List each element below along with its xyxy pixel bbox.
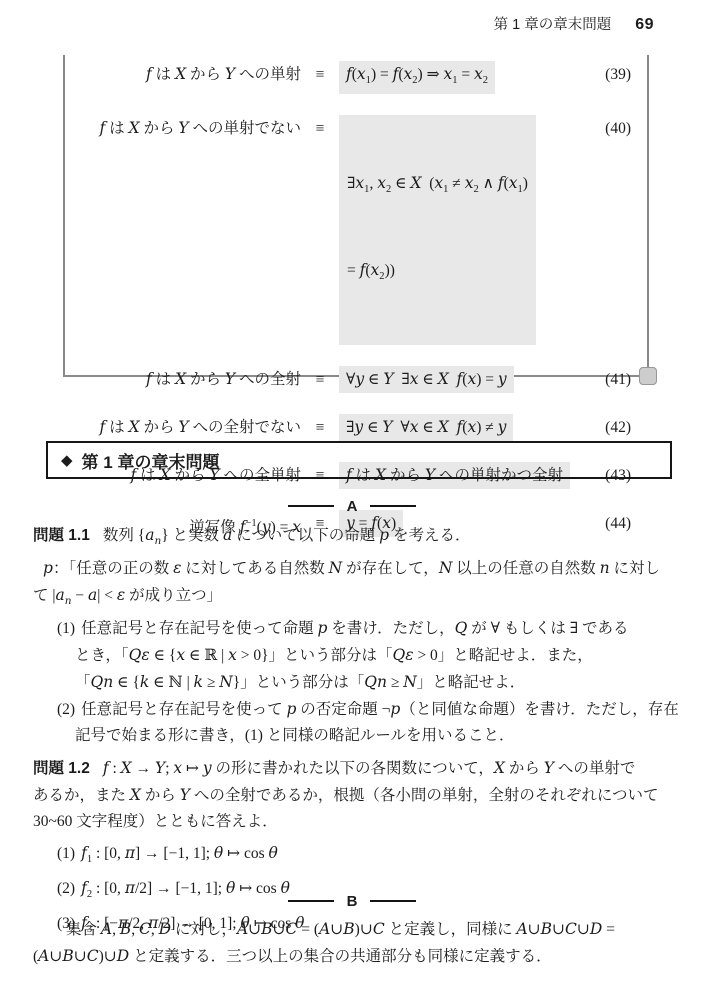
item-number: (2) — [57, 701, 75, 718]
item-number: (1) — [57, 845, 75, 862]
problem-1-1-title-line: 問題 1.1数列 {an} と実数 a について以下の命題 p を考える． — [33, 522, 678, 555]
formula-cell: ∀y ∈ Y ∃x ∈ X f(x) = y — [339, 366, 577, 393]
running-head: 第 1 章の章末問題 69 — [494, 13, 654, 34]
formula-cell: f(x1) = f(x2) ⇒ x1 = x2 — [339, 61, 577, 94]
formula-label: f は X から Y への全射 — [65, 366, 301, 393]
statement-line: p：「任意の正の数 ε に対してある自然数 N が存在して，N 以上の任意の自然… — [33, 555, 678, 582]
problem-item-line: とき，「Qε ∈ {x ∈ ℝ | x > 0}」という部分は「Qε > 0」と… — [33, 642, 678, 669]
problem-item-line: (1)任意記号と存在記号を使って命題 p を書け．ただし，Q が ∀ もしくは … — [33, 615, 678, 642]
equiv-symbol: ≡ — [301, 61, 339, 88]
divider-label: A — [347, 498, 358, 515]
text-line: (A∪B∪C)∪D と定義する．三つ以上の集合の共通部分も同様に定義する． — [33, 943, 678, 970]
problem-item-line: 「Qn ∈ {k ∈ ℕ | k ≥ N}」という部分は「Qn ≥ N」と略記せ… — [33, 669, 678, 696]
running-head-title: 第 1 章の章末問題 — [494, 13, 612, 34]
problem-1-2-title-line: 問題 1.2f : X → Y; x ↦ y の形に書かれた以下の各関数について… — [33, 755, 678, 782]
equation-number: (40) — [577, 115, 631, 142]
formula-row: f は X から Y への単射 ≡ f(x1) = f(x2) ⇒ x1 = x… — [65, 61, 647, 94]
equation-number: (41) — [577, 366, 631, 393]
heading-title: 第 1 章の章末問題 — [82, 448, 220, 473]
formula-row: f は X から Y への全射でない ≡ ∃y ∈ Y ∀x ∈ X f(x) … — [65, 414, 647, 441]
problem-item-line: (2)任意記号と存在記号を使って p の否定命題 ¬p（と同値な命題）を書け．た… — [33, 696, 678, 723]
equiv-symbol: ≡ — [301, 366, 339, 393]
text-line: 集合 A, B, C, D に対し，A∪B∪C = (A∪B)∪C と定義し，同… — [33, 916, 678, 943]
problem-item-line: 記号で始まる形に書き，(1) と同様の略記ルールを用いること． — [33, 723, 678, 749]
formula-summary-box: f は X から Y への単射 ≡ f(x1) = f(x2) ⇒ x1 = x… — [63, 55, 649, 377]
function-formula: f1 : [0, π] → [−1, 1]; θ ↦ cos θ — [81, 845, 278, 862]
formula-label: f は X から Y への単射でない — [65, 115, 301, 142]
formula-cell: ∃x1, x2 ∈ X (x1 ≠ x2 ∧ f(x1) = f(x2)) — [339, 115, 577, 345]
item-number: (1) — [57, 620, 75, 637]
formula-cell: ∃y ∈ Y ∀x ∈ X f(x) ≠ y — [339, 414, 577, 441]
item-text: 任意記号と存在記号を使って命題 p を書け．ただし，Q が ∀ もしくは ∃ で… — [81, 620, 628, 637]
chapter-problems-heading: ◆ 第 1 章の章末問題 — [46, 441, 672, 479]
divider-b: B — [0, 892, 704, 910]
textbook-page: { "header": { "title": "第 1 章の章末問題", "pa… — [0, 0, 704, 1000]
divider-line — [288, 900, 334, 902]
function-item-line: (1)f1 : [0, π] → [−1, 1]; θ ↦ cos θ — [33, 839, 678, 874]
page-number: 69 — [635, 16, 654, 34]
problem-label: 問題 1.1 — [33, 527, 90, 544]
statement-line: あるか，また X から Y への全射であるか，根拠（各小問の単射，全射のそれぞれ… — [33, 782, 678, 809]
problem-label: 問題 1.2 — [33, 760, 90, 777]
formula-highlight: f(x1) = f(x2) ⇒ x1 = x2 — [339, 61, 495, 94]
formula-label: f は X から Y への全射でない — [65, 414, 301, 441]
statement-text: f : X → Y; x ↦ y の形に書かれた以下の各関数について，X から … — [103, 760, 636, 777]
problems-text-block: 問題 1.1数列 {an} と実数 a について以下の命題 p を考える． p：… — [33, 522, 678, 944]
statement-line: て |an − a| < ε が成り立つ」 — [33, 582, 678, 615]
divider-line — [370, 505, 416, 507]
formula-row: f は X から Y への全射 ≡ ∀y ∈ Y ∃x ∈ X f(x) = y… — [65, 366, 647, 393]
equation-number: (42) — [577, 414, 631, 441]
formula-highlight: ∃y ∈ Y ∀x ∈ X f(x) ≠ y — [339, 414, 513, 441]
diamond-icon: ◆ — [61, 453, 73, 468]
formula-row: f は X から Y への単射でない ≡ ∃x1, x2 ∈ X (x1 ≠ x… — [65, 115, 647, 345]
divider-line — [370, 900, 416, 902]
box-resize-handle[interactable] — [639, 367, 657, 385]
formula-highlight: ∀y ∈ Y ∃x ∈ X f(x) = y — [339, 366, 514, 393]
statement-line: 30~60 文字程度）とともに答えよ． — [33, 809, 678, 835]
formula-label: f は X から Y への単射 — [65, 61, 301, 88]
equiv-symbol: ≡ — [301, 414, 339, 441]
problem-intro: 数列 {an} と実数 a について以下の命題 p を考える． — [103, 527, 471, 544]
equiv-symbol: ≡ — [301, 115, 339, 142]
item-text: 任意記号と存在記号を使って p の否定命題 ¬p（と同値な命題）を書け．ただし，… — [81, 701, 679, 718]
equation-number: (39) — [577, 61, 631, 88]
section-b-paragraph: 集合 A, B, C, D に対し，A∪B∪C = (A∪B)∪C と定義し，同… — [33, 916, 678, 970]
divider-label: B — [347, 893, 358, 910]
formula-highlight: ∃x1, x2 ∈ X (x1 ≠ x2 ∧ f(x1) = f(x2)) — [339, 115, 536, 345]
divider-a: A — [0, 497, 704, 515]
divider-line — [288, 505, 334, 507]
